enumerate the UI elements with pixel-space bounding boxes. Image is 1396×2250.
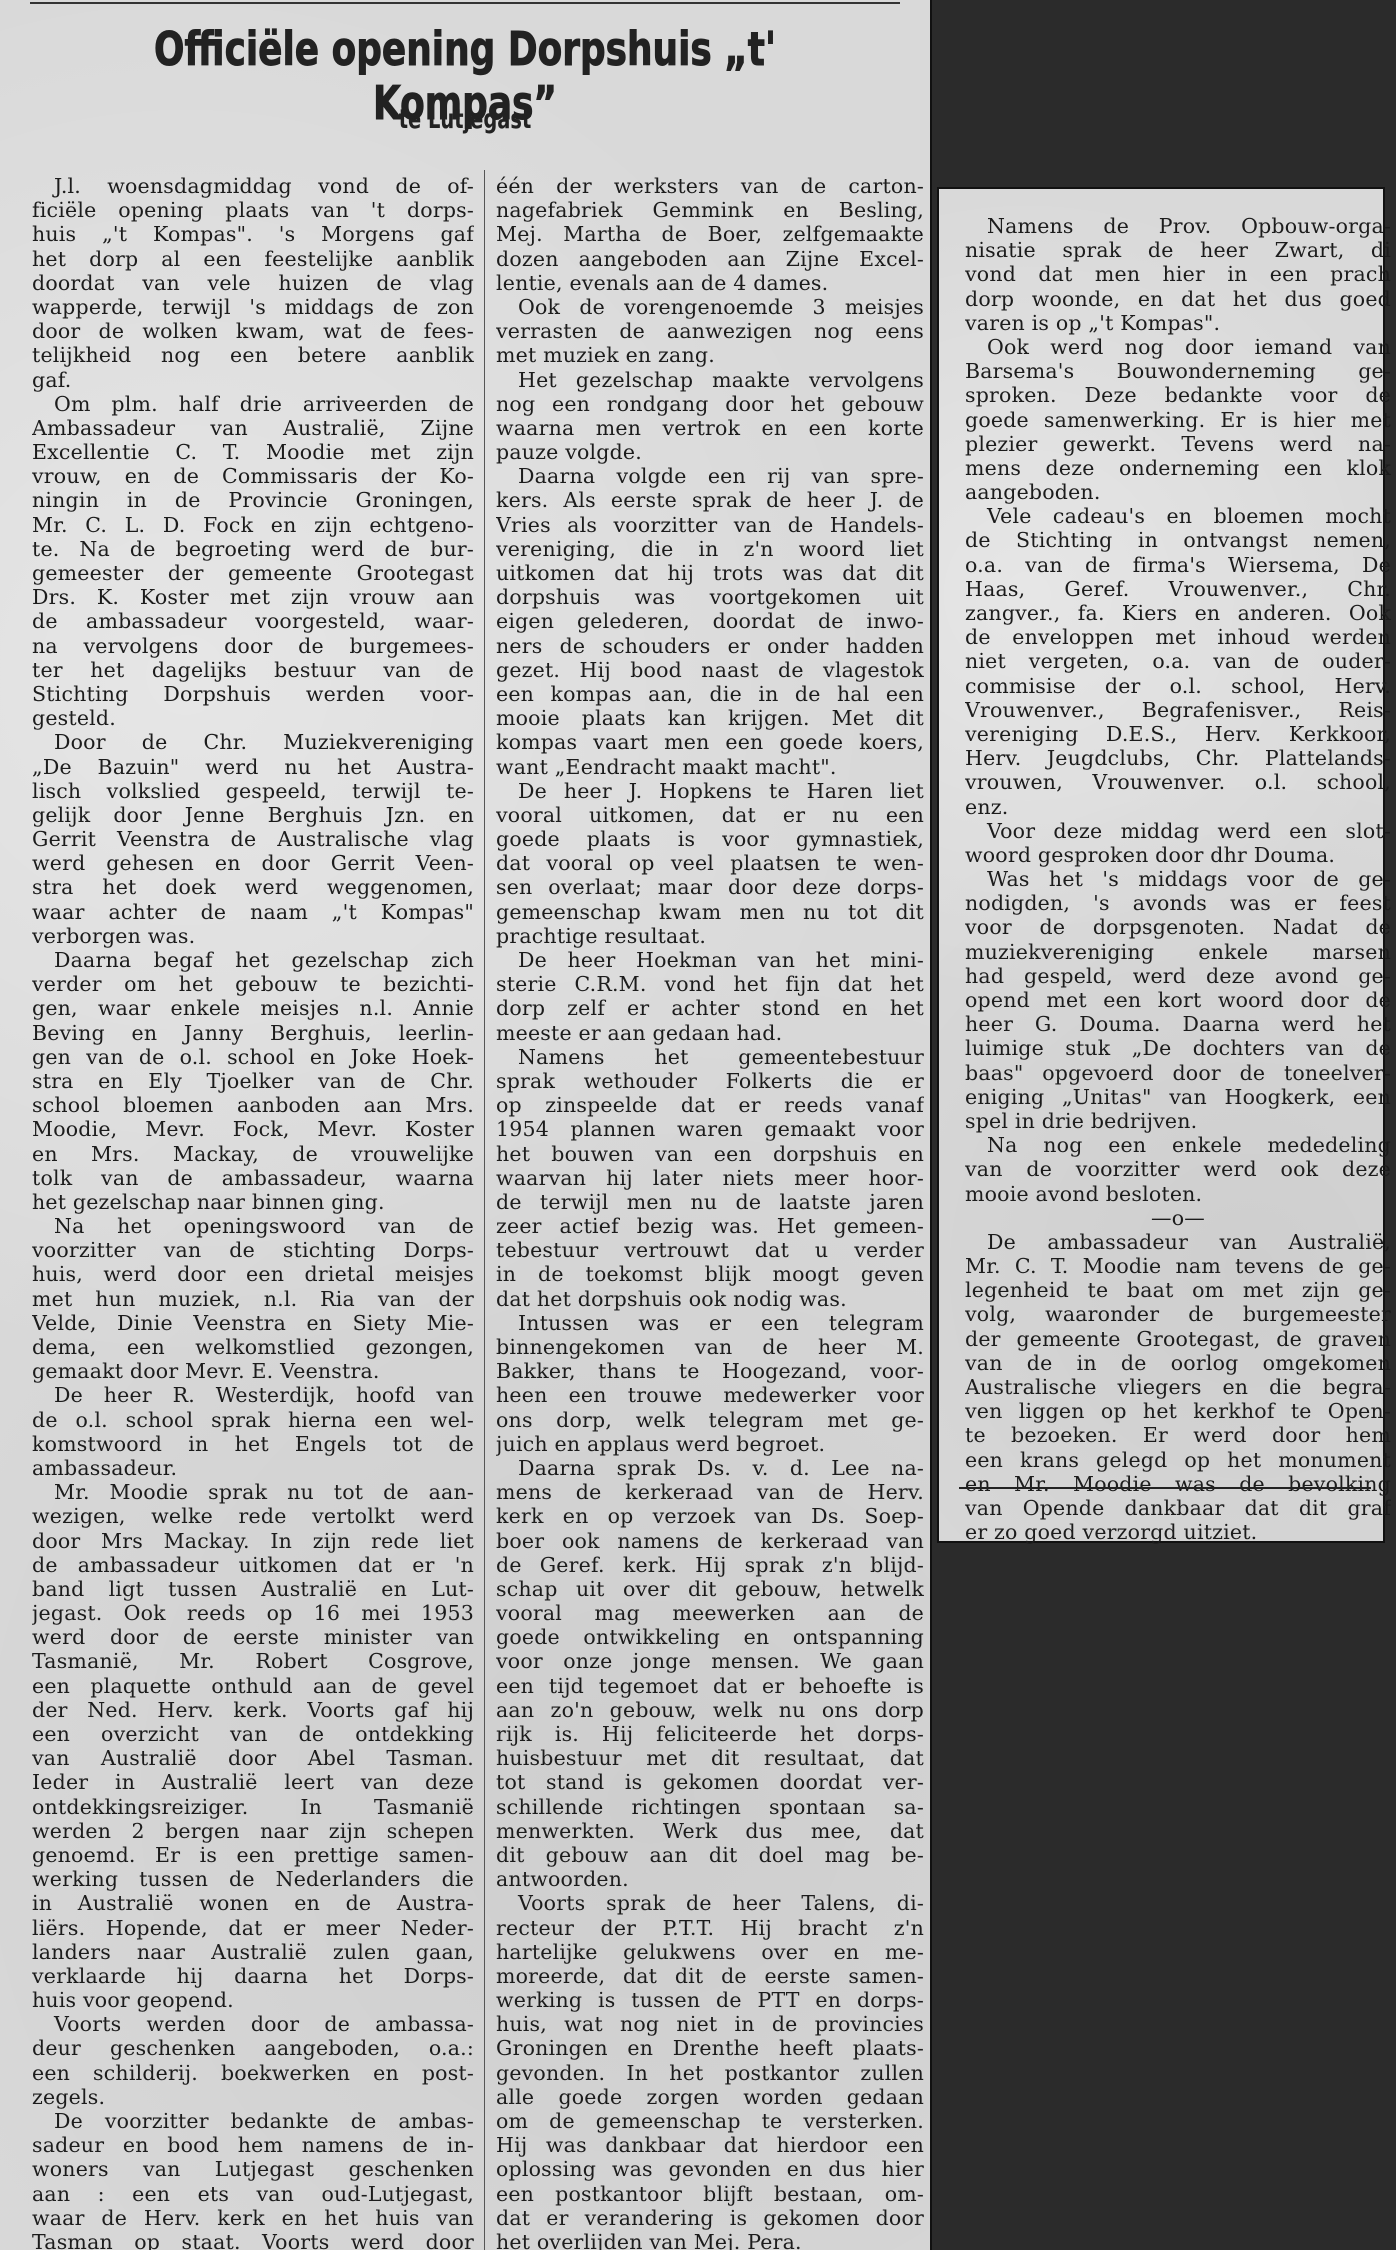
text-line: werking is tussen de PTT en dorps- [496, 1988, 924, 2012]
text-line: Groningen en Drenthe heeft plaats- [496, 2036, 924, 2060]
text-line: Beving en Janny Berghuis, leerlin- [32, 1021, 474, 1045]
text-line: Mej. Martha de Boer, zelfgemaakte [496, 222, 924, 246]
text-line: Bakker, thans te Hoogezand, voor- [496, 1359, 924, 1383]
text-line: heen een trouwe medewerker voor [496, 1383, 924, 1407]
text-line: goede plaats is voor gymnastiek, [496, 827, 924, 851]
text-line: Daarna volgde een rij van spre- [496, 464, 924, 488]
text-line: kompas vaart men een goede koers, [496, 730, 924, 754]
text-line: Gerrit Veenstra de Australische vlag [32, 827, 474, 851]
text-line: antwoorden. [496, 1867, 924, 1891]
text-line: Daarna sprak Ds. v. d. Lee na- [496, 1456, 924, 1480]
text-line: kerk en op verzoek van Ds. Soep- [496, 1504, 924, 1528]
text-line: band ligt tussen Australië en Lut- [32, 1577, 474, 1601]
text-line: commisise der o.l. school, Herv. [965, 674, 1391, 698]
text-line: vond dat men hier in een prach [965, 262, 1391, 286]
text-line: het gezelschap naar binnen ging. [32, 1190, 474, 1214]
text-line: De heer Hoekman van het mini- [496, 948, 924, 972]
text-line: op zinspeelde dat er reeds vanaf [496, 1093, 924, 1117]
text-line: vereniging D.E.S., Herv. Kerkkoor, [965, 722, 1391, 746]
text-line: opend met een kort woord door de [965, 988, 1391, 1012]
text-line: gezet. Hij bood naast de vlagestok [496, 658, 924, 682]
text-line: juich en applaus werd begroet. [496, 1432, 924, 1456]
text-line: De ambassadeur van Australië, [965, 1230, 1391, 1254]
text-line: aan : een ets van oud-Lutjegast, [32, 2182, 474, 2206]
text-line: huisbestuur met dit resultaat, dat [496, 1746, 924, 1770]
text-line: binnengekomen van de heer M. [496, 1335, 924, 1359]
text-line: huis, werd door een drietal meisjes [32, 1262, 474, 1286]
text-line: voorzitter van de stichting Dorps- [32, 1238, 474, 1262]
text-line: kers. Als eerste sprak de heer J. de [496, 488, 924, 512]
column-divider [484, 170, 485, 2250]
main-newspaper-clipping: Officiële opening Dorpshuis „t' Kompas” … [0, 0, 932, 2250]
text-line: sen overlaat; maar door deze dorps- [496, 875, 924, 899]
text-line: zegels. [32, 2085, 474, 2109]
text-line: om de gemeenschap te versterken. [496, 2109, 924, 2133]
text-line: wezigen, welke rede vertolkt werd [32, 1504, 474, 1528]
text-line: Hij was dankbaar dat hierdoor een [496, 2133, 924, 2157]
text-line: ontdekkingsreiziger. In Tasmanië [32, 1795, 474, 1819]
text-line: dema, een welkomstlied gezongen, [32, 1335, 474, 1359]
text-line: schap uit over dit gebouw, hetwelk [496, 1577, 924, 1601]
text-line: een plaquette onthuld aan de gevel [32, 1674, 474, 1698]
section-divider: —o— [965, 1206, 1391, 1230]
text-line: Na nog een enkele mededeling [965, 1133, 1391, 1157]
text-line: mens de kerkeraad van de Herv. [496, 1480, 924, 1504]
text-line: baas" opgevoerd door de toneelver- [965, 1061, 1391, 1085]
text-line: boer ook namens de kerkeraad van [496, 1529, 924, 1553]
text-line: vrouwen, Vrouwenver. o.l. school, [965, 770, 1391, 794]
text-line: gen, waar enkele meisjes n.l. Annie [32, 996, 474, 1020]
text-line: landers naar Australië zulen gaan, [32, 1940, 474, 1964]
text-line: school bloemen aanboden aan Mrs. [32, 1093, 474, 1117]
text-line: het bouwen van een dorpshuis en [496, 1142, 924, 1166]
article-column-2: één der werksters van de carton-nagefabr… [496, 174, 924, 2250]
text-line: met hun muziek, n.l. Ria van der [32, 1287, 474, 1311]
text-line: vereniging, die in z'n woord liet [496, 537, 924, 561]
article-column-1: J.l. woensdagmiddag vond de of-ficiële o… [32, 174, 474, 2250]
text-line: Tasmanië, Mr. Robert Cosgrove, [32, 1649, 474, 1673]
text-line: in de toekomst blijk moogt geven [496, 1262, 924, 1286]
text-line: jegast. Ook reeds op 16 mei 1953 [32, 1601, 474, 1625]
side-newspaper-clipping: Namens de Prov. Opbouw-orga-nisatie spra… [937, 187, 1385, 1543]
text-line: Vries als voorzitter van de Handels- [496, 513, 924, 537]
text-line: Voorts werden door de ambassa- [32, 2012, 474, 2036]
text-line: een postkantoor blijft bestaan, om- [496, 2182, 924, 2206]
text-line: schillende richtingen spontaan sa- [496, 1795, 924, 1819]
text-line: ficiële opening plaats van 't dorps- [32, 198, 474, 222]
text-line: huis voor geopend. [32, 1988, 474, 2012]
text-line: prachtige resultaat. [496, 924, 924, 948]
text-line: volg, waaronder de burgemeester [965, 1302, 1391, 1326]
text-line: sadeur en bood hem namens de in- [32, 2133, 474, 2157]
text-line: J.l. woensdagmiddag vond de of- [32, 174, 474, 198]
text-line: luimige stuk „De dochters van de [965, 1036, 1391, 1060]
text-line: Daarna begaf het gezelschap zich [32, 948, 474, 972]
text-line: 1954 plannen waren gemaakt voor [496, 1117, 924, 1141]
text-line: lentie, evenals aan de 4 dames. [496, 271, 924, 295]
text-line: Namens het gemeentebestuur [496, 1045, 924, 1069]
text-line: legenheid te baat om met zijn ge- [965, 1278, 1391, 1302]
text-line: sterie C.R.M. vond het fijn dat het [496, 972, 924, 996]
text-line: Intussen was er een telegram [496, 1311, 924, 1335]
text-line: gelijk door Jenne Berghuis Jzn. en [32, 803, 474, 827]
text-line: van Opende dankbaar dat dit graf [965, 1496, 1391, 1520]
text-line: Door de Chr. Muziekvereniging [32, 730, 474, 754]
text-line: en Mrs. Mackay, de vrouwelijke [32, 1142, 474, 1166]
text-line: woord gesproken door dhr Douma. [965, 843, 1391, 867]
text-line: der Ned. Herv. kerk. Voorts gaf hij [32, 1698, 474, 1722]
top-rule [30, 2, 900, 4]
text-line: Mr. C. T. Moodie nam tevens de ge- [965, 1254, 1391, 1278]
text-line: Vele cadeau's en bloemen mocht [965, 504, 1391, 528]
text-line: nog een rondgang door het gebouw [496, 392, 924, 416]
text-line: oplossing was gevonden en dus hier [496, 2157, 924, 2181]
text-line: te bezoeken. Er werd door hem [965, 1423, 1391, 1447]
text-line: dorp zelf er achter stond en het [496, 996, 924, 1020]
text-line: der gemeente Grootegast, de graven [965, 1327, 1391, 1351]
text-line: lisch volkslied gespeeld, terwijl te- [32, 779, 474, 803]
text-line: Vrouwenver., Begrafenisver., Reis- [965, 698, 1391, 722]
text-line: ners de schouders er onder hadden [496, 634, 924, 658]
text-line: meeste er aan gedaan had. [496, 1021, 924, 1045]
text-line: moreerde, dat dit de eerste samen- [496, 1964, 924, 1988]
text-line: vrouw, en de Commissaris der Ko- [32, 464, 474, 488]
text-line: werden 2 bergen naar zijn schepen [32, 1819, 474, 1843]
text-line: het overlijden van Mej. Pera. [496, 2230, 924, 2250]
text-line: gesteld. [32, 706, 474, 730]
text-line: „De Bazuin" werd nu het Austra- [32, 755, 474, 779]
text-line: deur geschenken aangeboden, o.a.: [32, 2036, 474, 2060]
text-line: aangeboden. [965, 480, 1391, 504]
text-line: doordat van vele huizen de vlag [32, 271, 474, 295]
text-line: huis „'t Kompas". 's Morgens gaf [32, 222, 474, 246]
text-line: mooie plaats kan krijgen. Met dit [496, 706, 924, 730]
text-line: varen is op „'t Kompas". [965, 311, 1391, 335]
text-line: Tasman op staat. Voorts werd door [32, 2230, 474, 2250]
text-line: telijkheid nog een betere aanblik [32, 343, 474, 367]
text-line: Excellentie C. T. Moodie met zijn [32, 440, 474, 464]
text-line: stra het doek werd weggenomen, [32, 875, 474, 899]
text-line: sproken. Deze bedankte voor de [965, 383, 1391, 407]
text-line: door de wolken kwam, wat de fees- [32, 319, 474, 343]
text-line: heer G. Douma. Daarna werd het [965, 1012, 1391, 1036]
text-line: goede samenwerking. Er is hier met [965, 408, 1391, 432]
text-line: dorp woonde, en dat het dus goed [965, 287, 1391, 311]
text-line: van de in de oorlog omgekomen [965, 1351, 1391, 1375]
text-line: had gespeld, werd deze avond ge- [965, 964, 1391, 988]
text-line: waar achter de naam „'t Kompas" [32, 900, 474, 924]
text-line: plezier gewerkt. Tevens werd na- [965, 432, 1391, 456]
text-line: een kompas aan, die in de hal een [496, 682, 924, 706]
text-line: want „Eendracht maakt macht". [496, 755, 924, 779]
text-line: pauze volgde. [496, 440, 924, 464]
text-line: ningin in de Provincie Groningen, [32, 488, 474, 512]
text-line: werd gehesen en door Gerrit Veen- [32, 851, 474, 875]
text-line: de ambassadeur voorgesteld, waar- [32, 609, 474, 633]
text-line: huis, wat nog niet in de provincies [496, 2012, 924, 2036]
text-line: Om plm. half drie arriveerden de [32, 392, 474, 416]
text-line: één der werksters van de carton- [496, 174, 924, 198]
text-line: De voorzitter bedankte de ambas- [32, 2109, 474, 2133]
text-line: stra en Ely Tjoelker van de Chr. [32, 1069, 474, 1093]
text-line: een schilderij. boekwerken en post- [32, 2061, 474, 2085]
text-line: nodigden, 's avonds was er feest [965, 891, 1391, 915]
text-line: een overzicht van de ontdekking [32, 1722, 474, 1746]
text-line: Mr. C. L. D. Fock en zijn echtgeno- [32, 513, 474, 537]
text-line: rijk is. Hij feliciteerde het dorps- [496, 1722, 924, 1746]
text-line: te. Na de begroeting werd de bur- [32, 537, 474, 561]
text-line: ons dorp, welk telegram met ge- [496, 1408, 924, 1432]
text-line: na vervolgens door de burgemees- [32, 634, 474, 658]
text-line: nisatie sprak de heer Zwart, di [965, 238, 1391, 262]
text-line: dat het dorpshuis ook nodig was. [496, 1287, 924, 1311]
text-line: eigen gelederen, doordat de inwo- [496, 609, 924, 633]
text-line: gen van de o.l. school en Joke Hoek- [32, 1045, 474, 1069]
text-line: van de voorzitter werd ook deze [965, 1157, 1391, 1181]
text-line: dozen aangeboden aan Zijne Excel- [496, 247, 924, 271]
text-line: waarvan hij later niets meer hoor- [496, 1166, 924, 1190]
text-line: Mr. Moodie sprak nu tot de aan- [32, 1480, 474, 1504]
text-line: ambassadeur. [32, 1456, 474, 1480]
text-line: sprak wethouder Folkerts die er [496, 1069, 924, 1093]
text-line: een krans gelegd op het monument [965, 1448, 1391, 1472]
text-line: dit gebouw aan dit doel mag be- [496, 1843, 924, 1867]
text-line: mooie avond besloten. [965, 1182, 1391, 1206]
text-line: gaf. [32, 368, 474, 392]
text-line: Australische vliegers en die begra- [965, 1375, 1391, 1399]
text-line: Ambassadeur van Australië, Zijne [32, 416, 474, 440]
text-line: waarna men vertrok en een korte [496, 416, 924, 440]
text-line: voor onze jonge mensen. We gaan [496, 1649, 924, 1673]
text-line: aan zo'n gebouw, welk nu ons dorp [496, 1698, 924, 1722]
text-line: ter het dagelijks bestuur van de [32, 658, 474, 682]
text-line: en Mr. Moodie was de bevolking [965, 1472, 1391, 1496]
text-line: verrasten de aanwezigen nog eens [496, 319, 924, 343]
text-line: de ambassadeur uitkomen dat er 'n [32, 1553, 474, 1577]
text-line: Velde, Dinie Veenstra en Siety Mie- [32, 1311, 474, 1335]
text-line: recteur der P.T.T. Hij bracht z'n [496, 1916, 924, 1940]
text-line: Barsema's Bouwonderneming ge- [965, 359, 1391, 383]
text-line: dorpshuis was voortgekomen uit [496, 585, 924, 609]
text-line: spel in drie bedrijven. [965, 1109, 1391, 1133]
text-line: waar de Herv. kerk en het huis van [32, 2206, 474, 2230]
subheadline: te Lutjegast [130, 104, 800, 135]
text-line: Het gezelschap maakte vervolgens [496, 368, 924, 392]
text-line: gemeester der gemeente Grootegast [32, 561, 474, 585]
text-line: werd door de eerste minister van [32, 1625, 474, 1649]
text-line: gemaakt door Mevr. E. Veenstra. [32, 1359, 474, 1383]
text-line: Ook werd nog door iemand van [965, 335, 1391, 359]
text-line: alle goede zorgen worden gedaan [496, 2085, 924, 2109]
text-line: Drs. K. Koster met zijn vrouw aan [32, 585, 474, 609]
text-line: De heer J. Hopkens te Haren liet [496, 779, 924, 803]
text-line: de enveloppen met inhoud werden [965, 625, 1391, 649]
text-line: tebestuur vertrouwt dat u verder [496, 1238, 924, 1262]
text-line: Ieder in Australië leert van deze [32, 1770, 474, 1794]
text-line: menwerkten. Werk dus mee, dat [496, 1819, 924, 1843]
text-line: vooral uitkomen, dat er nu een [496, 803, 924, 827]
text-line: vooral mag meewerken aan de [496, 1601, 924, 1625]
text-line: enz. [965, 795, 1391, 819]
text-line: tot stand is gekomen doordat ver- [496, 1770, 924, 1794]
text-line: Herv. Jeugdclubs, Chr. Plattelands- [965, 746, 1391, 770]
text-line: ven liggen op het kerkhof te Open- [965, 1399, 1391, 1423]
text-line: met muziek en zang. [496, 343, 924, 367]
text-line: tolk van de ambassadeur, waarna [32, 1166, 474, 1190]
text-line: de o.l. school sprak hierna een wel- [32, 1408, 474, 1432]
text-line: wapperde, terwijl 's middags de zon [32, 295, 474, 319]
text-line: De heer R. Westerdijk, hoofd van [32, 1383, 474, 1407]
text-line: Haas, Geref. Vrouwenver., Chr. [965, 577, 1391, 601]
text-line: verder om het gebouw te bezichti- [32, 972, 474, 996]
text-line: van Australië door Abel Tasman. [32, 1746, 474, 1770]
text-line: uitkomen dat hij trots was dat dit [496, 561, 924, 585]
text-line: in Australië wonen en de Austra- [32, 1891, 474, 1915]
text-line: Ook de vorengenoemde 3 meisjes [496, 295, 924, 319]
text-line: eniging „Unitas" van Hoogkerk, een [965, 1085, 1391, 1109]
text-line: dat er verandering is gekomen door [496, 2206, 924, 2230]
text-line: voor de dorpsgenoten. Nadat de [965, 915, 1391, 939]
text-line: komstwoord in het Engels tot de [32, 1432, 474, 1456]
text-line: werking tussen de Nederlanders die [32, 1867, 474, 1891]
text-line: o.a. van de firma's Wiersema, De [965, 553, 1391, 577]
text-line: een tijd tegemoet dat er behoefte is [496, 1674, 924, 1698]
text-line: er zo goed verzorgd uitziet. [965, 1520, 1391, 1544]
text-line: Na het openingswoord van de [32, 1214, 474, 1238]
text-line: goede ontwikkeling en ontspanning [496, 1625, 924, 1649]
text-line: liërs. Hopende, dat er meer Neder- [32, 1916, 474, 1940]
text-line: Namens de Prov. Opbouw-orga- [965, 214, 1391, 238]
text-line: nagefabriek Gemmink en Besling, [496, 198, 924, 222]
text-line: zeer actief bezig was. Het gemeen- [496, 1214, 924, 1238]
text-line: Was het 's middags voor de ge- [965, 867, 1391, 891]
text-line: dat vooral op veel plaatsen te wen- [496, 851, 924, 875]
text-line: zangver., fa. Kiers en anderen. Ook [965, 601, 1391, 625]
text-line: door Mrs Mackay. In zijn rede liet [32, 1529, 474, 1553]
text-line: genoemd. Er is een prettige samen- [32, 1843, 474, 1867]
text-line: Moodie, Mevr. Fock, Mevr. Koster [32, 1117, 474, 1141]
text-line: de terwijl men nu de laatste jaren [496, 1190, 924, 1214]
text-line: hartelijke gelukwens over en me- [496, 1940, 924, 1964]
text-line: Voorts sprak de heer Talens, di- [496, 1891, 924, 1915]
text-line: mens deze onderneming een klok [965, 456, 1391, 480]
article-column-3: Namens de Prov. Opbouw-orga-nisatie spra… [965, 214, 1391, 1544]
text-line: woners van Lutjegast geschenken [32, 2157, 474, 2181]
text-line: de Geref. kerk. Hij sprak z'n blijd- [496, 1553, 924, 1577]
text-line: gemeenschap kwam men nu tot dit [496, 900, 924, 924]
text-line: muziekvereniging enkele marsen [965, 940, 1391, 964]
text-line: gevonden. In het postkantor zullen [496, 2061, 924, 2085]
end-rule [959, 1487, 1371, 1489]
text-line: het dorp al een feestelijke aanblik [32, 247, 474, 271]
text-line: Stichting Dorpshuis werden voor- [32, 682, 474, 706]
text-line: de Stichting in ontvangst nemen, [965, 528, 1391, 552]
text-line: verklaarde hij daarna het Dorps- [32, 1964, 474, 1988]
text-line: Voor deze middag werd een slot- [965, 819, 1391, 843]
text-line: verborgen was. [32, 924, 474, 948]
text-line: niet vergeten, o.a. van de ouder- [965, 649, 1391, 673]
